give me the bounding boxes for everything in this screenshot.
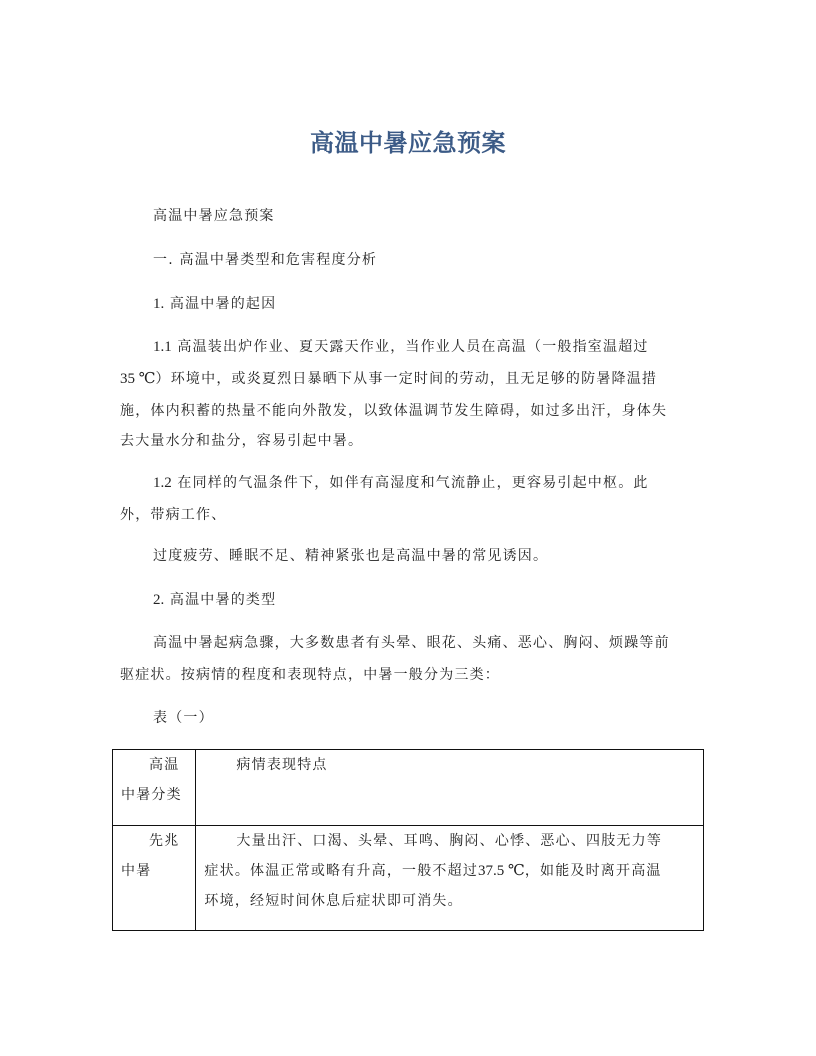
clause-number: 1.1 bbox=[153, 339, 172, 355]
cell-category: 先兆 中暑 bbox=[113, 826, 196, 931]
paragraph-line: 1.2 在同样的气温条件下，如伴有高湿度和气流静止，更容易引起中枢。此 bbox=[153, 473, 649, 493]
paragraph-line: 施，体内积蓄的热量不能向外散发，以致体温调节发生障碍，如过多出汗，身体失 bbox=[120, 401, 667, 421]
cell-line: 症状。体温正常或略有升高，一般不超过37.5 ℃，如能及时离开高温 bbox=[204, 856, 697, 886]
header-cell-characteristics: 病情表现特点 bbox=[196, 750, 704, 826]
line-text: 高温装出炉作业、夏天露天作业，当作业人员在高温（一般指室温超过 bbox=[177, 339, 648, 355]
paragraph-line: 1.1 高温装出炉作业、夏天露天作业，当作业人员在高温（一般指室温超过 bbox=[153, 337, 649, 357]
paragraph-line: 外，带病工作、 bbox=[120, 505, 226, 525]
cell-characteristics: 大量出汗、口渴、头晕、耳鸣、胸闷、心悸、恶心、四肢无力等 症状。体温正常或略有升… bbox=[196, 826, 704, 931]
cell-line: 环境，经短时间休息后症状即可消失。 bbox=[204, 886, 697, 916]
line-text: 在同样的气温条件下，如伴有高湿度和气流静止，更容易引起中枢。此 bbox=[177, 475, 648, 491]
line-text: ，如能及时离开高温 bbox=[525, 863, 662, 879]
paragraph-line: 高温中暑起病急骤，大多数患者有头晕、眼花、头痛、恶心、胸闷、烦躁等前 bbox=[153, 633, 670, 653]
document-title: 高温中暑应急预案 bbox=[0, 126, 816, 160]
cell-line: 中暑分类 bbox=[121, 780, 189, 810]
cell-line: 高温 bbox=[121, 750, 189, 780]
cell-line: 先兆 bbox=[121, 826, 189, 856]
paragraph-line: 去大量水分和盐分，容易引起中暑。 bbox=[120, 431, 363, 451]
table-row: 先兆 中暑 大量出汗、口渴、头晕、耳鸣、胸闷、心悸、恶心、四肢无力等 症状。体温… bbox=[113, 826, 704, 931]
temperature-value: 35 ℃ bbox=[120, 371, 156, 387]
section-number: 1. bbox=[153, 296, 164, 312]
cell-line: 大量出汗、口渴、头晕、耳鸣、胸闷、心悸、恶心、四肢无力等 bbox=[204, 826, 697, 856]
section-heading-1: 一. 高温中暑类型和危害程度分析 bbox=[153, 250, 377, 270]
clause-number: 1.2 bbox=[153, 475, 172, 491]
cell-line: 病情表现特点 bbox=[204, 750, 697, 780]
line-text: ）环境中，或炎夏烈日暴晒下从事一定时间的劳动，且无足够的防暑降温措 bbox=[156, 371, 658, 387]
table-header-row: 高温 中暑分类 病情表现特点 bbox=[113, 750, 704, 826]
paragraph-line: 驱症状。按病情的程度和表现特点，中暑一般分为三类： bbox=[120, 665, 500, 685]
paragraph-heading: 高温中暑应急预案 bbox=[153, 206, 275, 226]
subsection-heading-2: 2. 高温中暑的类型 bbox=[153, 590, 276, 610]
paragraph-causes: 过度疲劳、睡眠不足、精神紧张也是高温中暑的常见诱因。 bbox=[153, 546, 548, 566]
line-text: 症状。体温正常或略有升高，一般不超过 bbox=[204, 863, 478, 879]
section-text: 高温中暑的起因 bbox=[170, 296, 276, 312]
paragraph-line: 35 ℃）环境中，或炎夏烈日暴晒下从事一定时间的劳动，且无足够的防暑降温措 bbox=[120, 369, 657, 389]
table-caption: 表（一） bbox=[153, 708, 214, 728]
header-cell-category: 高温 中暑分类 bbox=[113, 750, 196, 826]
document-page: 高温中暑应急预案 高温中暑应急预案 一. 高温中暑类型和危害程度分析 1. 高温… bbox=[0, 0, 816, 1056]
temperature-value: 37.5 ℃ bbox=[478, 863, 525, 879]
section-number: 2. bbox=[153, 592, 164, 608]
section-text: 高温中暑的类型 bbox=[170, 592, 276, 608]
heatstroke-classification-table: 高温 中暑分类 病情表现特点 先兆 中暑 大量出汗、口渴、头晕、耳鸣、胸闷、心悸… bbox=[112, 749, 704, 931]
subsection-heading-1: 1. 高温中暑的起因 bbox=[153, 294, 276, 314]
cell-line: 中暑 bbox=[121, 856, 189, 886]
